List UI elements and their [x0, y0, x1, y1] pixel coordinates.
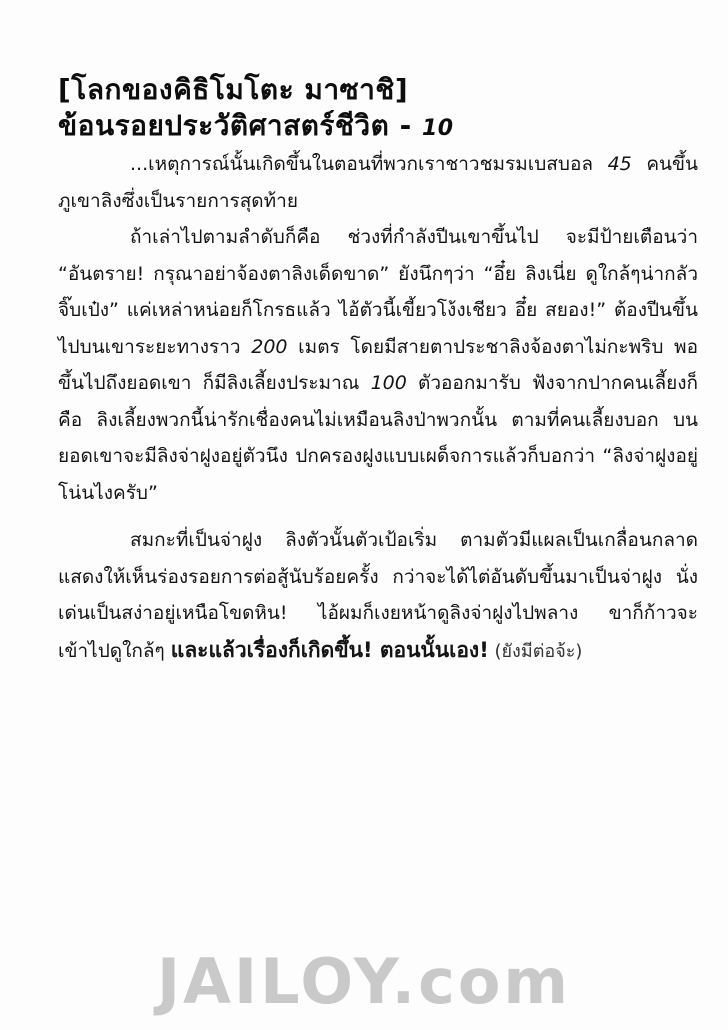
- text-segment: ...เหตุการณ์นั้นเกิดขึ้นในตอนที่พวกเราชา…: [130, 153, 608, 175]
- number-45: 45: [608, 153, 632, 175]
- story-body: ...เหตุการณ์นั้นเกิดขึ้นในตอนที่พวกเราชา…: [58, 146, 698, 670]
- to-be-continued-note: (ยังมีต่อจ้ะ): [489, 641, 583, 662]
- paragraph-1: ...เหตุการณ์นั้นเกิดขึ้นในตอนที่พวกเราชา…: [58, 146, 698, 219]
- series-title: [โลกของคิธิโมโตะ มาซาชิ]: [58, 72, 698, 108]
- chapter-title-text: ข้อนรอยประวัติศาสตร์ชีวิต -: [58, 109, 412, 142]
- number-200: 200: [251, 336, 287, 358]
- cliffhanger-text: และแล้วเรื่องก็เกิดขึ้น! ตอนนั้นเอง!: [171, 638, 489, 662]
- paragraph-3: สมกะที่เป็นจ่าฝูง ลิงตัวนั้นตัวเป้อเริ่ม…: [58, 522, 698, 670]
- paragraph-2: ถ้าเล่าไปตามลำดับก็คือ ช่วงที่กำลังปีนเข…: [58, 219, 698, 511]
- site-watermark: JAILOY.com: [0, 945, 728, 1018]
- chapter-title: ข้อนรอยประวัติศาสตร์ชีวิต - 10: [58, 108, 698, 147]
- number-100: 100: [371, 372, 407, 394]
- book-page: [โลกของคิธิโมโตะ มาซาชิ] ข้อนรอยประวัติศ…: [0, 0, 728, 1030]
- page-header: [โลกของคิธิโมโตะ มาซาชิ] ข้อนรอยประวัติศ…: [58, 72, 698, 147]
- chapter-number: 10: [422, 116, 454, 141]
